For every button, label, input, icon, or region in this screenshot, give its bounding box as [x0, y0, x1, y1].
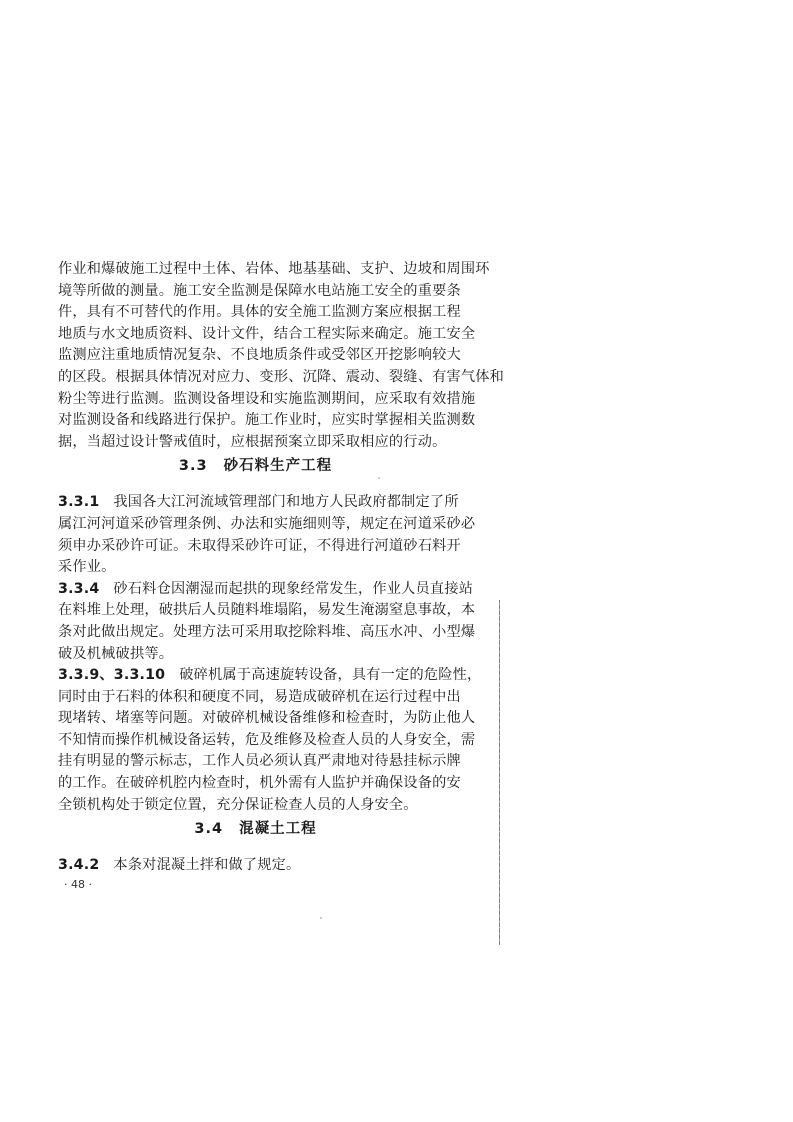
text-line: 据，当超过设计警戒值时，应根据预案立即采取相应的行动。: [58, 432, 453, 454]
text-line: 破碎机属于高速旋转设备，具有一定的危险性，: [179, 667, 481, 683]
text-line: 粉尘等进行监测。监测设备埋设和实施监测期间，应采取有效措施: [58, 389, 453, 411]
clause-3-3-9-10: 3.3.9、3.3.10破碎机属于高速旋转设备，具有一定的危险性， 同时由于石料…: [58, 665, 453, 816]
scan-speck: [312, 304, 314, 306]
text-line: 的工作。在破碎机腔内检查时，机外需有人监护并确保设备的安: [58, 773, 453, 795]
document-page: 作业和爆破施工过程中土体、岩体、地基基础、支护、边坡和周围环 境等所做的测量。施…: [58, 259, 453, 893]
section-number: 3.4: [194, 821, 223, 837]
text-line: 件，具有不可替代的作用。具体的安全施工监测方案应根据工程: [58, 302, 453, 324]
text-line: 在料堆上处理，破拱后人员随料堆塌陷，易发生淹溺窒息事故，本: [58, 600, 453, 622]
text-line: 境等所做的测量。施工安全监测是保障水电站施工安全的重要条: [58, 281, 453, 303]
scan-speck: [320, 917, 322, 919]
section-heading-3-3: 3.3砂石料生产工程: [58, 453, 453, 492]
text-line: 同时由于石料的体积和硬度不同，易造成破碎机在运行过程中出: [58, 687, 453, 709]
section-title: 混凝土工程: [239, 820, 317, 837]
clause-number: 3.4.2: [58, 857, 99, 873]
text-line: 属江河河道采砂管理条例、办法和实施细则等，规定在河道采砂必: [58, 514, 453, 536]
clause-3-3-1: 3.3.1我国各大江河流域管理部门和地方人民政府都制定了所 属江河河道采砂管理条…: [58, 492, 453, 578]
text-line: 条对此做出规定。处理方法可采用取挖除料堆、高压水冲、小型爆: [58, 622, 453, 644]
text-line: 破及机械破拱等。: [58, 644, 453, 666]
text-line: 砂石料仓因潮湿而起拱的现象经常发生，作业人员直接站: [113, 581, 473, 597]
text-line: 现堵转、堵塞等问题。对破碎机械设备维修和检查时，为防止他人: [58, 708, 453, 730]
clause-3-4-2: 3.4.2本条对混凝土拌和做了规定。: [58, 855, 453, 877]
text-line: 作业和爆破施工过程中土体、岩体、地基基础、支护、边坡和周围环: [58, 259, 453, 281]
clause-3-3-4: 3.3.4砂石料仓因潮湿而起拱的现象经常发生，作业人员直接站 在料堆上处理，破拱…: [58, 579, 453, 665]
intro-paragraph: 作业和爆破施工过程中土体、岩体、地基基础、支护、边坡和周围环 境等所做的测量。施…: [58, 259, 453, 453]
text-line: 对监测设备和线路进行保护。施工作业时，应实时掌握相关监测数: [58, 410, 453, 432]
text-line: 不知情而操作机械设备运转，危及维修及检查人员的人身安全，需: [58, 730, 453, 752]
page-number: · 48 ·: [64, 877, 453, 893]
section-heading-3-4: 3.4混凝土工程: [58, 816, 453, 855]
text-line: 地质与水文地质资料、设计文件，结合工程实际来确定。施工安全: [58, 324, 453, 346]
text-line: 须申办采砂许可证。未取得采砂许可证，不得进行河道砂石料开: [58, 536, 453, 558]
clause-number: 3.3.9、3.3.10: [58, 667, 165, 683]
section-title: 砂石料生产工程: [224, 457, 333, 474]
text-line: 我国各大江河流域管理部门和地方人民政府都制定了所: [113, 494, 458, 510]
text-line: 的区段。根据具体情况对应力、变形、沉降、震动、裂缝、有害气体和: [58, 367, 453, 389]
text-line: 本条对混凝土拌和做了规定。: [113, 857, 300, 873]
clause-number: 3.3.4: [58, 581, 99, 597]
text-line: 采作业。: [58, 557, 453, 579]
section-number: 3.3: [179, 458, 208, 474]
scan-fold-line: [499, 600, 500, 945]
clause-number: 3.3.1: [58, 494, 99, 510]
scan-speck: [378, 477, 380, 479]
text-line: 监测应注重地质情况复杂、不良地质条件或受邻区开挖影响较大: [58, 345, 453, 367]
text-line: 挂有明显的警示标志，工作人员必须认真严肃地对待悬挂标示牌: [58, 751, 453, 773]
text-line: 全锁机构处于锁定位置，充分保证检查人员的人身安全。: [58, 795, 453, 817]
